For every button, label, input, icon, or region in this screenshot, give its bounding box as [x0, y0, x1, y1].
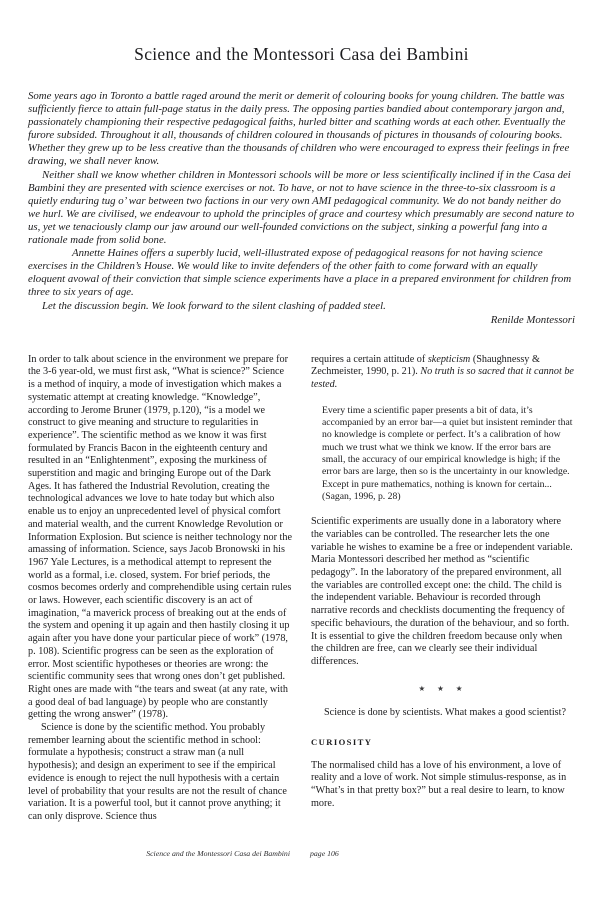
intro-signature: Renilde Montessori: [28, 314, 575, 327]
left-column: In order to talk about science in the en…: [28, 354, 292, 824]
intro-paragraph-3: Annette Haines offers a superbly lucid, …: [28, 247, 575, 299]
right-column-paragraph-1: requires a certain attitude of skepticis…: [311, 354, 575, 392]
right-column: requires a certain attitude of skepticis…: [311, 354, 575, 824]
intro-paragraph-4: Let the discussion begin. We look forwar…: [28, 300, 575, 313]
left-column-paragraph-2: Science is done by the scientific method…: [28, 722, 292, 824]
intro-paragraph-1: Some years ago in Toronto a battle raged…: [28, 90, 575, 169]
document-page: Science and the Montessori Casa dei Bamb…: [0, 0, 600, 900]
footer-page-number: page 106: [310, 849, 339, 859]
intro-paragraph-2: Neither shall we know whether children i…: [28, 169, 575, 248]
footer-chapter-title: Science and the Montessori Casa dei Bamb…: [28, 849, 290, 859]
right-column-paragraph-3: Science is done by scientists. What make…: [311, 707, 575, 720]
star-separator: ★ ★ ★: [311, 683, 575, 696]
curiosity-heading: CURIOSITY: [311, 736, 575, 749]
right-column-paragraph-4: The normalised child has a love of his e…: [311, 760, 575, 811]
page-footer: Science and the Montessori Casa dei Bamb…: [28, 849, 575, 859]
left-column-paragraph-1: In order to talk about science in the en…: [28, 354, 292, 722]
body-columns: In order to talk about science in the en…: [28, 354, 575, 824]
paragraph-text: requires a certain attitude of: [311, 354, 428, 365]
italic-term-skepticism: skepticism: [428, 354, 470, 365]
page-title: Science and the Montessori Casa dei Bamb…: [28, 44, 575, 64]
sagan-blockquote: Every time a scientific paper presents a…: [322, 405, 575, 503]
intro-section: Some years ago in Toronto a battle raged…: [28, 90, 575, 327]
right-column-paragraph-2: Scientific experiments are usually done …: [311, 516, 575, 668]
